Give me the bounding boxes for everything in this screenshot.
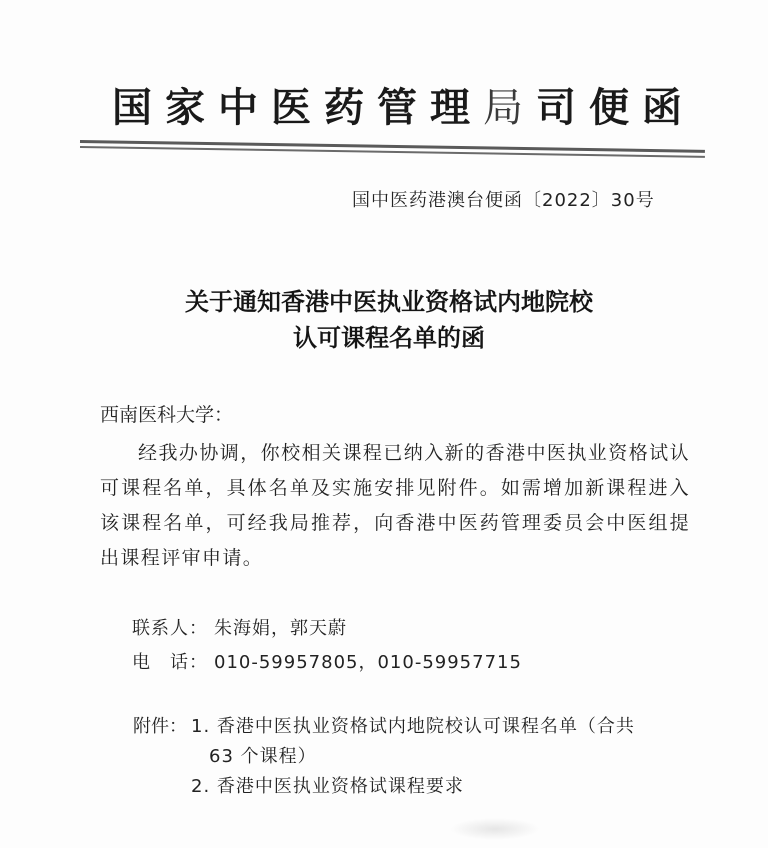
letterhead-char: 医 [271, 84, 311, 132]
letterhead-title: 国 家 中 医 药 管 理 局 司 便 函 [112, 84, 682, 132]
attachments-block: 附件： 1. 香港中医执业资格试内地院校认可课程名单（合共 63 个课程） 2.… [133, 712, 693, 802]
contact-block: 联系人： 朱海娟，郭天蔚 电 话： 010-59957805，010-59957… [132, 612, 522, 680]
letterhead-char: 中 [218, 84, 258, 132]
attachment-item-2: 2. 香港中医执业资格试课程要求 [133, 772, 693, 802]
contact-names: 朱海娟，郭天蔚 [214, 612, 347, 646]
attachment-1-line-1: 1. 香港中医执业资格试内地院校认可课程名单（合共 [191, 712, 693, 742]
document-number: 国中医药港澳台便函〔2022〕30号 [352, 188, 655, 214]
subject-line-1: 关于通知香港中医执业资格试内地院校 [0, 284, 768, 320]
contact-label: 联系人： [132, 612, 214, 646]
attachment-1-line-2: 63 个课程） [133, 742, 693, 772]
letterhead-char: 局 [483, 84, 523, 132]
letterhead-char: 国 [112, 84, 152, 132]
letterhead-char: 司 [536, 84, 576, 132]
letterhead-char: 理 [430, 84, 470, 132]
attachment-item-1: 附件： 1. 香港中医执业资格试内地院校认可课程名单（合共 [133, 712, 693, 742]
letterhead-char: 函 [642, 84, 682, 132]
letter-body: 西南医科大学： 经我办协调，你校相关课程已纳入新的香港中医执业资格试认可课程名单… [100, 400, 690, 576]
subject-line-2: 认可课程名单的函 [0, 320, 768, 356]
scan-smudge [450, 818, 540, 840]
subject-heading: 关于通知香港中医执业资格试内地院校 认可课程名单的函 [0, 284, 768, 356]
phone-numbers: 010-59957805，010-59957715 [214, 646, 522, 680]
contact-person-row: 联系人： 朱海娟，郭天蔚 [132, 612, 522, 646]
letterhead-char: 便 [589, 84, 629, 132]
attachments-label: 附件： [133, 712, 191, 742]
letterhead-char: 药 [324, 84, 364, 132]
addressee: 西南医科大学： [100, 400, 690, 430]
letterhead-char: 管 [377, 84, 417, 132]
phone-row: 电 话： 010-59957805，010-59957715 [132, 646, 522, 680]
phone-label: 电 话： [132, 646, 214, 680]
document-page: 国 家 中 医 药 管 理 局 司 便 函 国中医药港澳台便函〔2022〕30号… [0, 0, 768, 848]
body-paragraph: 经我办协调，你校相关课程已纳入新的香港中医执业资格试认可课程名单，具体名单及实施… [100, 436, 690, 576]
letterhead-char: 家 [165, 84, 205, 132]
